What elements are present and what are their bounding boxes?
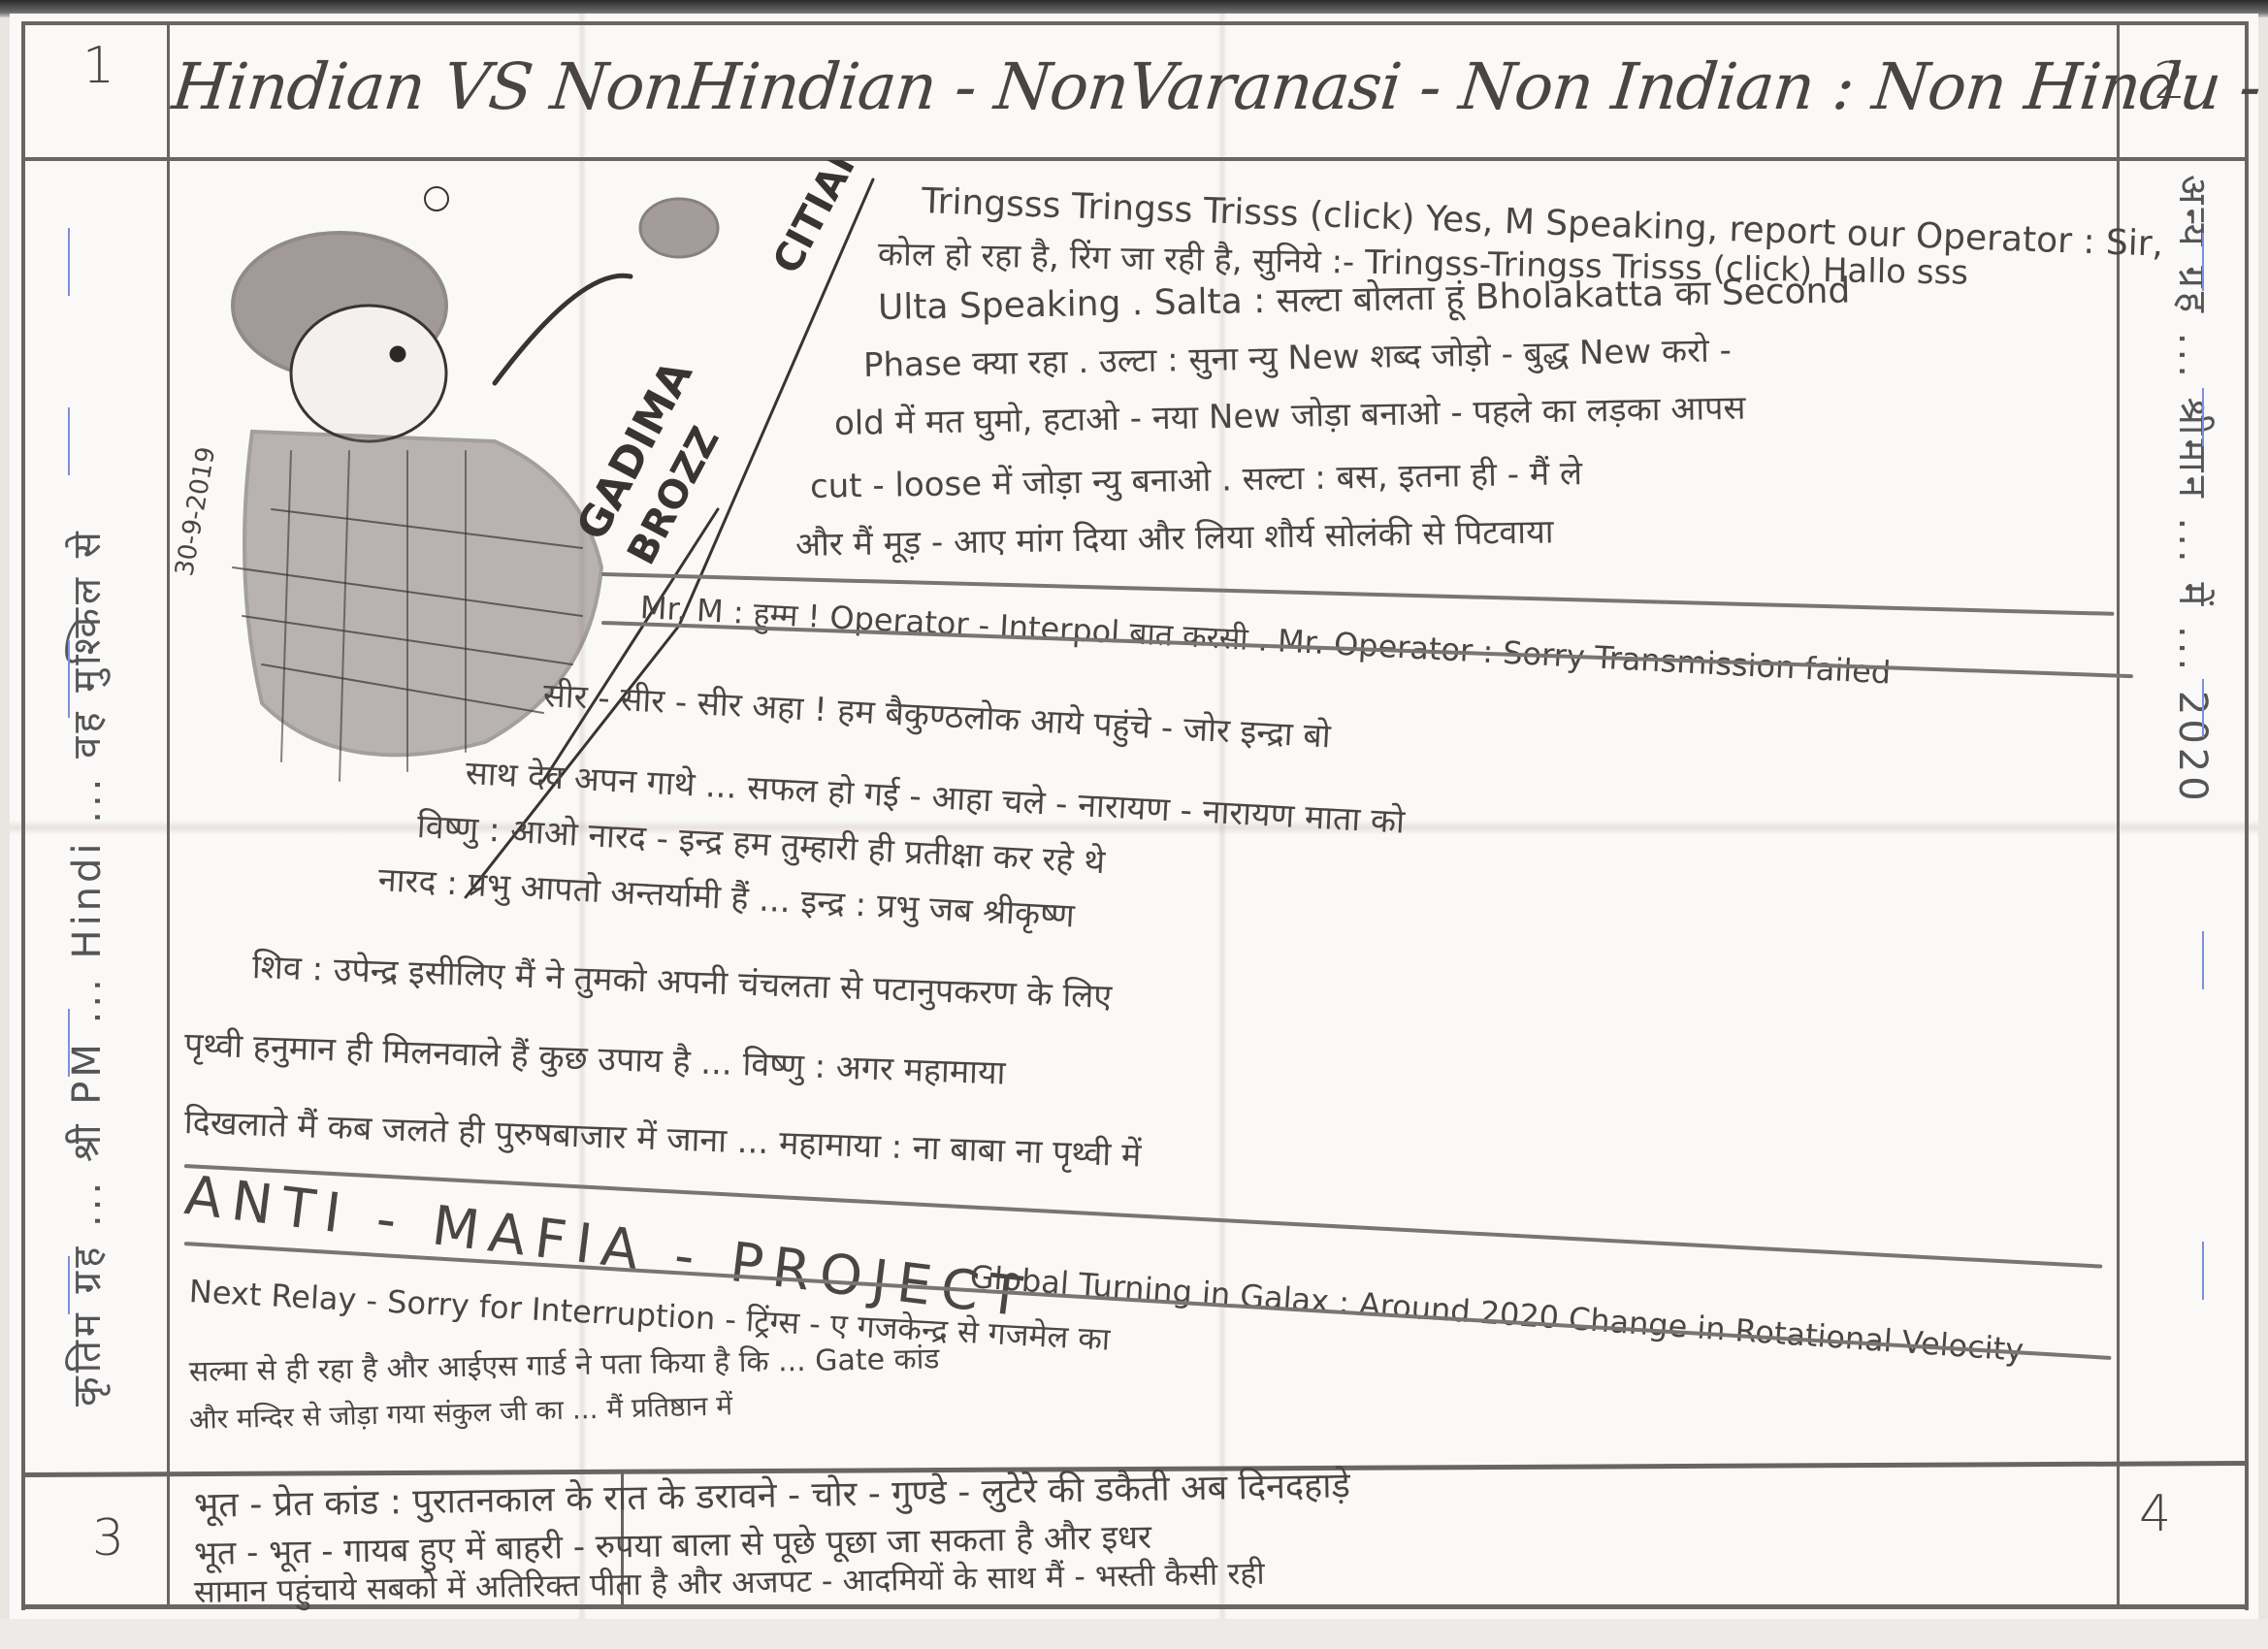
- letter-title: Hindian VS NonHindian - NonVaranasi - No…: [167, 29, 2081, 145]
- left-column-divider: [167, 21, 170, 1607]
- margin-tick: [68, 1256, 70, 1314]
- margin-tick: [2202, 388, 2204, 446]
- right-margin-text: अन्य ग्रह ... श्रीमान ... में ... 2020: [2168, 175, 2221, 805]
- border-left: [21, 21, 25, 1610]
- margin-tick: [68, 228, 70, 296]
- margin-tick: [2202, 931, 2204, 989]
- border-right: [2245, 21, 2249, 1610]
- margin-tick: [2202, 233, 2204, 291]
- margin-tick: [68, 1009, 70, 1077]
- scan-bottom-edge: [0, 1619, 2268, 1649]
- margin-tick: [68, 407, 70, 475]
- page-number-3: 3: [92, 1513, 124, 1564]
- left-margin-text: कृतिम ग्रह ... श्री PM ... Hindi ... वह …: [58, 528, 112, 1406]
- sketch-date: 30-9-2019: [175, 444, 221, 578]
- margin-tick: [2202, 679, 2204, 737]
- banner-text: CITIAI: [764, 160, 864, 281]
- margin-tick: [2202, 1242, 2204, 1300]
- page-number-4: 4: [2139, 1489, 2171, 1539]
- margin-tick: [68, 640, 70, 718]
- page-number-1: 1: [82, 41, 114, 91]
- border-top: [21, 21, 2248, 25]
